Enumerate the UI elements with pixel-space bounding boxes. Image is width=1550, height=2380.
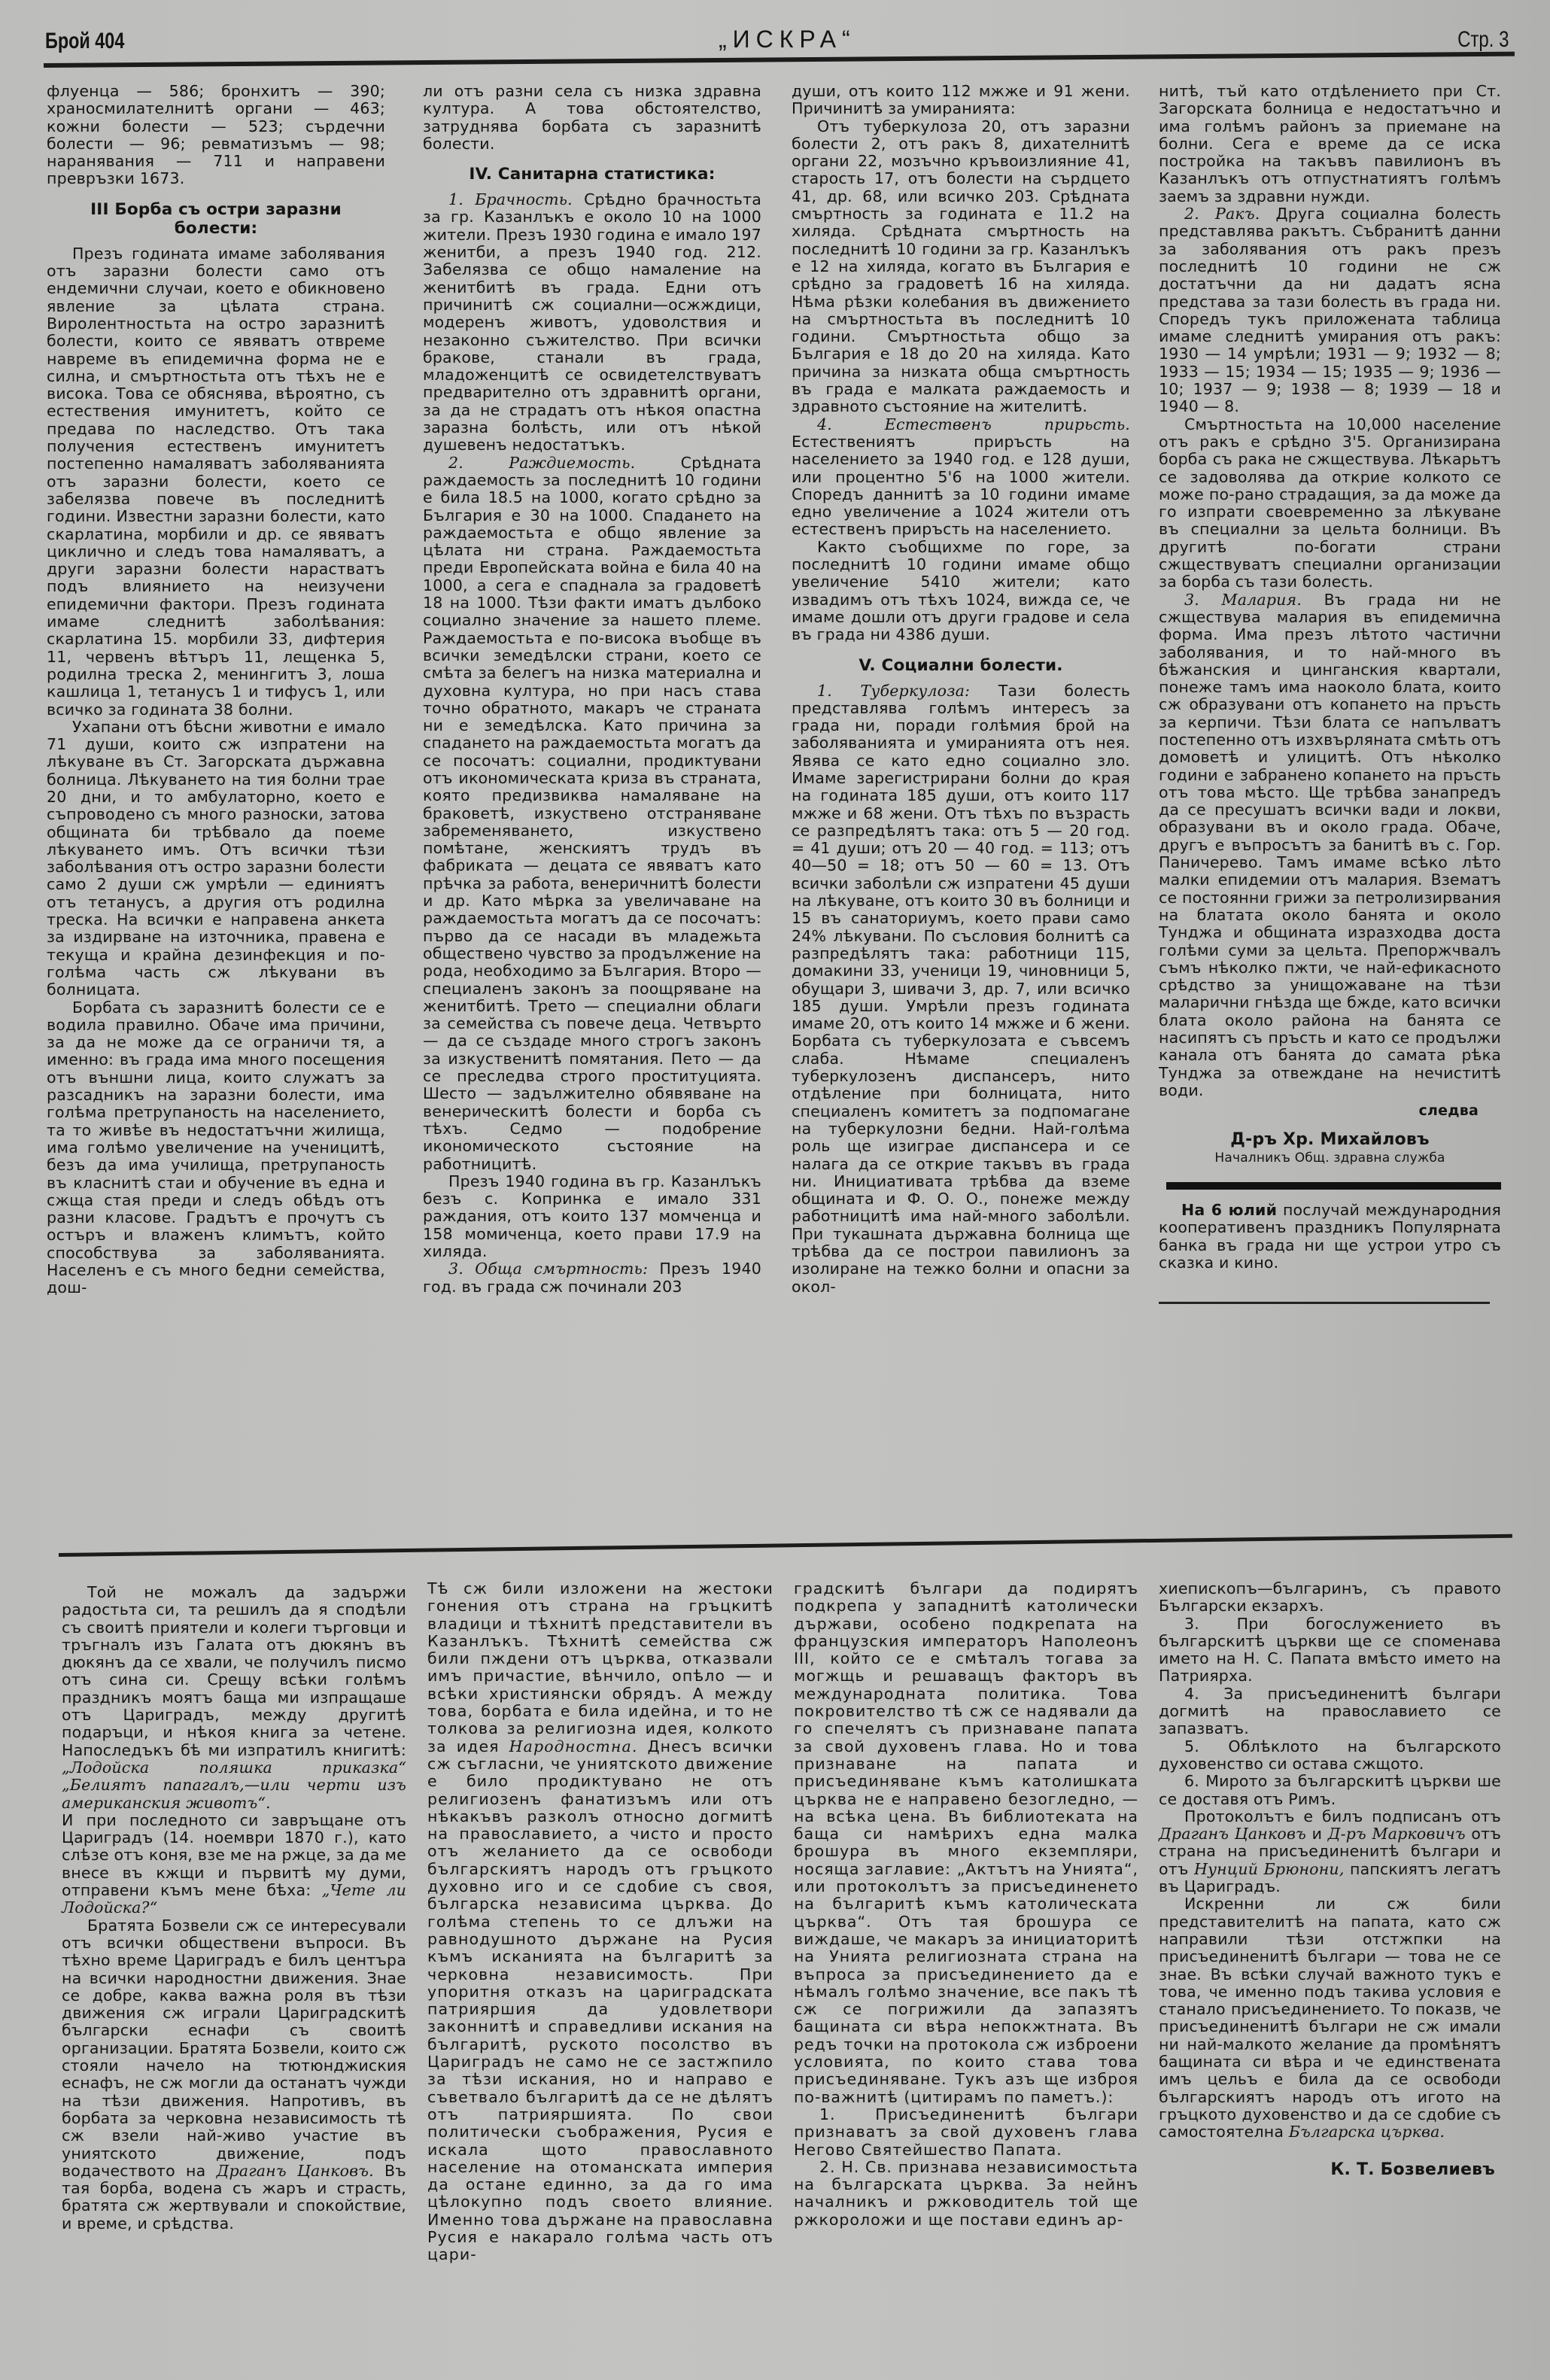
- paragraph: градскитѣ българи да подирятъ подкрепа у…: [794, 1580, 1138, 2106]
- list-item: 1. Присъединенитѣ българи признаватъ за …: [794, 2106, 1138, 2159]
- paragraph: 1. Брачность. Срѣдно брачностьта за гр. …: [423, 191, 761, 454]
- paragraph: 3. Обща смъртность: Презъ 1940 год. въ г…: [423, 1260, 761, 1296]
- subsection-label: 1. Туберкулоза:: [817, 682, 970, 700]
- section-heading: IV. Санитарна статистика:: [423, 165, 761, 184]
- paragraph: Смъртностьта на 10,000 население отъ рак…: [1159, 416, 1501, 591]
- paragraph: Тѣ сж били изложени на жестоки гонения о…: [427, 1580, 773, 2264]
- paragraph: 4. Естественъ прирьсть. Естествениятъ пр…: [792, 416, 1130, 539]
- newspaper-title: „ИСКРА“: [719, 26, 856, 53]
- paragraph: Братята Бозвели сж се интересували отъ в…: [62, 1917, 406, 2233]
- article2-column-4: хиепископъ—българинъ, съ правото Българс…: [1159, 1580, 1501, 2178]
- article1-column-4: нитѣ, тъй като отдѣлението при Ст. Загор…: [1159, 83, 1501, 1304]
- emphasis: Народностна.: [509, 1737, 638, 1755]
- notice-bottom-rule: [1159, 1302, 1490, 1304]
- article1-column-1: флуенца — 586; бронхитъ — 390; храносмил…: [47, 83, 385, 1297]
- section-heading: III Борба съ остри заразни болести:: [47, 200, 385, 238]
- issue-number: Брой 404: [45, 29, 124, 54]
- paragraph: хиепископъ—българинъ, съ правото Българс…: [1159, 1580, 1501, 1616]
- cooperative-holiday-notice: На 6 юлий послучай международния коопера…: [1159, 1202, 1501, 1272]
- paragraph: На 6 юлий послучай международния коопера…: [1159, 1202, 1501, 1272]
- paragraph: 1. Туберкулоза: Тази болесть представляв…: [792, 682, 1130, 1296]
- person-name: Драганъ Цанковъ: [1159, 1825, 1306, 1843]
- paragraph: Искренни ли сж били представителитѣ на п…: [1159, 1895, 1501, 2141]
- subsection-label: 4. Естественъ прирьсть.: [817, 415, 1130, 433]
- subsection-label: 2. Ракъ.: [1184, 205, 1260, 223]
- notice-divider: [1166, 1182, 1501, 1190]
- paragraph: Ухапани отъ бѣсни животни е имало 71 душ…: [47, 719, 385, 999]
- paragraph: ли отъ разни села съ низка здравна култу…: [423, 83, 761, 153]
- paragraph: Протоколътъ е билъ подписанъ отъ Драганъ…: [1159, 1808, 1501, 1895]
- person-name: Нунций Брюнони,: [1194, 1860, 1345, 1878]
- author-signature: К. Т. Бозвелиевъ: [1159, 2161, 1501, 2178]
- paragraph: 2. Раждиемость. Срѣдната раждаемость за …: [423, 454, 761, 1173]
- paragraph: Презъ 1940 година въ гр. Казанлъкъ безъ …: [423, 1173, 761, 1260]
- subsection-label: 3. Малария.: [1184, 591, 1302, 609]
- article1-column-2: ли отъ разни села съ низка здравна култу…: [423, 83, 761, 1296]
- paragraph: Презъ годината имаме заболявания отъ зар…: [47, 245, 385, 719]
- list-item: 3. При богослужението въ българскитѣ цър…: [1159, 1616, 1501, 1685]
- paragraph: Борбата съ заразнитѣ болести се е водила…: [47, 999, 385, 1297]
- subsection-label: 3. Обща смъртность:: [448, 1260, 648, 1278]
- list-item: 5. Облѣклото на българското духовенство …: [1159, 1738, 1501, 1774]
- paragraph: флуенца — 586; бронхитъ — 390; храносмил…: [47, 83, 385, 188]
- article2-column-3: градскитѣ българи да подирятъ подкрепа у…: [794, 1580, 1138, 2229]
- continued-marker: следва: [1159, 1102, 1501, 1120]
- section-divider: [59, 1534, 1512, 1557]
- paragraph: 2. Ракъ. Друга социална болесть представ…: [1159, 205, 1501, 416]
- list-item: 4. За присъединенитѣ българи догмитѣ на …: [1159, 1685, 1501, 1738]
- paragraph: И при последното си завръщане отъ Царигр…: [62, 1812, 406, 1917]
- notice-lead: На 6 юлий: [1181, 1201, 1277, 1219]
- book-titles: „Лодойска поляшка приказка“ „Белиятъ пап…: [62, 1758, 406, 1812]
- paragraph: Както съобщихме по горе, за последнитѣ 1…: [792, 539, 1130, 644]
- article2-column-1: Той не можалъ да задържи радостьта си, т…: [62, 1584, 406, 2233]
- paragraph: Той не можалъ да задържи радостьта си, т…: [62, 1584, 406, 1812]
- article1-column-3: души, отъ които 112 мжже и 91 жени. Прич…: [792, 83, 1130, 1296]
- emphasis: Българска църква.: [1289, 2123, 1445, 2141]
- list-item: 2. Н. Св. признава независимостьта на бъ…: [794, 2159, 1138, 2229]
- list-item: 6. Мирото за българскитѣ църкви ше се до…: [1159, 1773, 1501, 1808]
- subsection-label: 1. Брачность.: [448, 190, 573, 208]
- section-heading: V. Социални болести.: [792, 656, 1130, 675]
- person-name: Драганъ Цанковъ.: [217, 2162, 374, 2180]
- article2-column-2: Тѣ сж били изложени на жестоки гонения о…: [427, 1580, 773, 2264]
- person-name: Д-ръ Марковичъ: [1328, 1825, 1466, 1843]
- subsection-label: 2. Раждиемость.: [448, 454, 635, 472]
- paragraph: души, отъ които 112 мжже и 91 жени. Прич…: [792, 83, 1130, 118]
- paragraph: 3. Малария. Въ града ни не сжществува ма…: [1159, 591, 1501, 1100]
- paragraph: Отъ туберкулоза 20, отъ заразни болести …: [792, 118, 1130, 416]
- paragraph: нитѣ, тъй като отдѣлението при Ст. Загор…: [1159, 83, 1501, 205]
- author-title: Началникъ Общ. здравна служба: [1159, 1150, 1501, 1167]
- author-signature: Д-ръ Хр. Михайловъ: [1159, 1131, 1501, 1148]
- page-number: Стр. 3: [1457, 27, 1509, 53]
